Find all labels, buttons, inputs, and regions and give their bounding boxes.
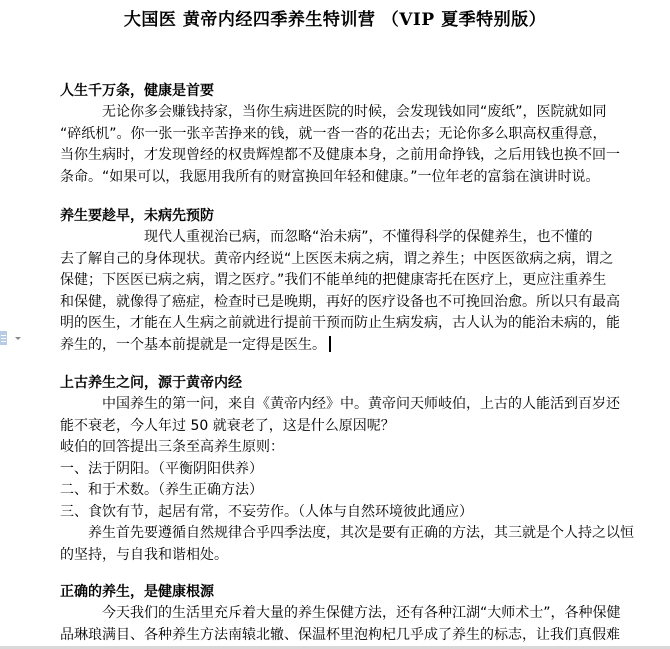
paragraph-line: “碎纸机”。你一张一张辛苦挣来的钱，就一沓一沓的花出去；无论你多么职高权重得意， — [60, 124, 620, 146]
list-item: 二、和于术数。（养生正确方法） — [60, 480, 620, 502]
paragraph-line: 岐伯的回答提出三条至高养生原则： — [60, 437, 620, 459]
section-heading: 养生要趁早，未病先预防 — [60, 205, 620, 227]
paragraph-line: 明的医生，才能在人生病之前就进行提前干预而防止生病发病，古人认为的能治未病的，能 — [60, 313, 620, 335]
paragraph-line: 当你生病时，才发现曾经的权贵辉煌都不及健康本身，之前用命挣钱，之后用钱也换不回一 — [60, 145, 620, 167]
text-cursor — [329, 336, 331, 352]
document-page[interactable]: 大国医 黄帝内经四季养生特训营 （VIP 夏季特别版） 人生千万条，健康是首要 … — [0, 0, 670, 646]
document-title: 大国医 黄帝内经四季养生特训营 （VIP 夏季特别版） — [0, 8, 670, 32]
paragraph-line-with-caret: 养生的，一个基本前提就是一定得是医生。 — [60, 335, 620, 357]
paragraph-line: 养生首先要遵循自然规律合乎四季法度，其次是要有正确的方法，其三就是个人持之以恒 — [60, 523, 620, 545]
section-prevention: 养生要趁早，未病先预防 现代人重视治已病，而忽略“治未病”，不懂得科学的保健养生… — [60, 205, 620, 356]
section-heading: 正确的养生，是健康根源 — [60, 581, 620, 603]
section-correct-wellness: 正确的养生，是健康根源 今天我们的生活里充斥着大量的养生保健方法，还有各种江湖“… — [60, 581, 620, 646]
document-paste-options-icon[interactable] — [0, 331, 8, 345]
list-item: 三、食饮有节，起居有常，不妄劳作。（人体与自然环境彼此通应） — [60, 502, 620, 524]
paragraph-line: 保健；下医医已病之病，谓之医疗。”我们不能单纯的把健康寄托在医疗上，更应注重养生 — [60, 270, 620, 292]
chevron-down-icon[interactable] — [15, 337, 21, 340]
section-heading: 人生千万条，健康是首要 — [60, 80, 620, 102]
paragraph-line: 和保健，就像得了癌症，检查时已是晚期，再好的医疗设备也不可挽回治愈。所以只有最高 — [60, 292, 620, 314]
paragraph-line: 品琳琅满目、各种养生方法南辕北辙、保温杯里泡枸杞几乎成了养生的标志，让我们真假难 — [60, 625, 620, 647]
paragraph-line: 的坚持，与自我和谐相处。 — [60, 545, 620, 567]
paragraph-line: 去了解自己的身体现状。黄帝内经说“上医医未病之病，谓之养生；中医医欲病之病，谓之 — [60, 249, 620, 271]
paragraph-line: 今天我们的生活里充斥着大量的养生保健方法，还有各种江湖“大师术士”，各种保健 — [60, 603, 620, 625]
section-ancient-question: 上古养生之问，源于黄帝内经 中国养生的第一问，来自《黄帝内经》中。黄帝问天师岐伯… — [60, 372, 620, 566]
paragraph-line-text: 养生的，一个基本前提就是一定得是医生。 — [60, 337, 326, 353]
list-item: 一、法于阴阳。（平衡阴阳供养） — [60, 459, 620, 481]
paragraph-line: 能不衰老，今人年过 50 就衰老了，这是什么原因呢？ — [60, 416, 620, 438]
paragraph-line: 无论你多会赚钱持家，当你生病进医院的时候，会发现钱如同“废纸”，医院就如同 — [60, 102, 620, 124]
section-heading: 上古养生之问，源于黄帝内经 — [60, 372, 620, 394]
paragraph-line: 条命。“如果可以，我愿用我所有的财富换回年轻和健康。”一位年老的富翁在演讲时说。 — [60, 167, 620, 189]
paragraph-line: 现代人重视治已病，而忽略“治未病”，不懂得科学的保健养生，也不懂的 — [60, 227, 620, 249]
paragraph-line: 中国养生的第一问，来自《黄帝内经》中。黄帝问天师岐伯，上古的人能活到百岁还 — [60, 394, 620, 416]
section-health-first: 人生千万条，健康是首要 无论你多会赚钱持家，当你生病进医院的时候，会发现钱如同“… — [60, 80, 620, 188]
